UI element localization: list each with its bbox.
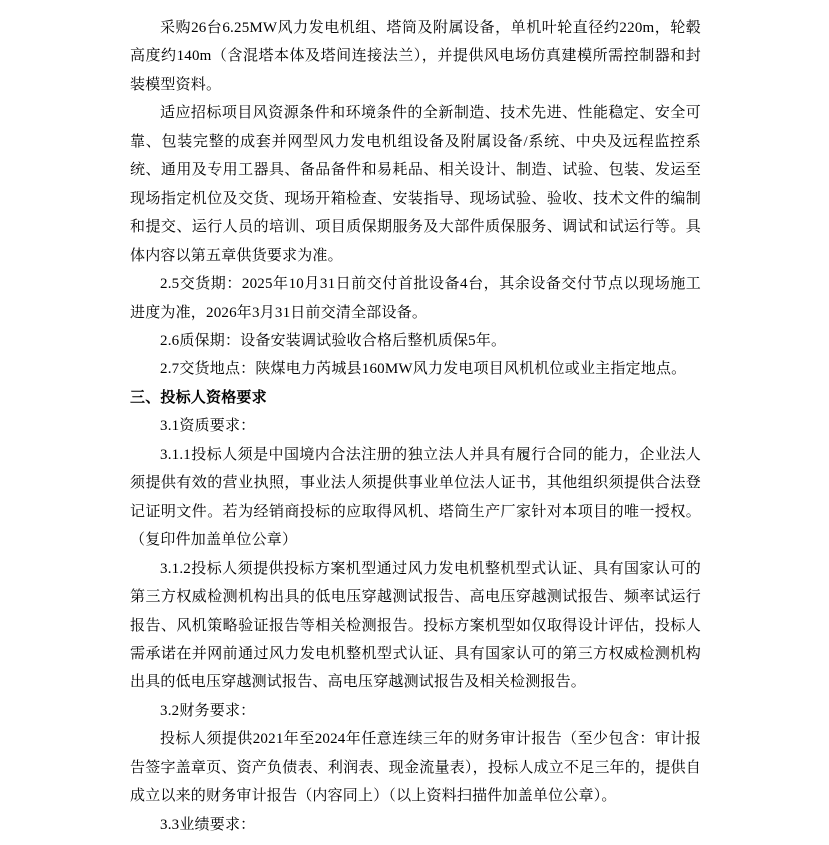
document-page: 采购26台6.25MW风力发电机组、塔筒及附属设备，单机叶轮直径约220m，轮毂… (0, 0, 829, 845)
paragraph-3-1-qualification-requirements: 3.1资质要求： (130, 412, 701, 440)
paragraph-3-1-1-legal-entity-requirement: 3.1.1投标人须是中国境内合法注册的独立法人并具有履行合同的能力，企业法人须提… (130, 441, 701, 555)
heading-section-3-bidder-qualification: 三、投标人资格要求 (130, 384, 701, 412)
paragraph-2-6-warranty-period: 2.6质保期：设备安装调试验收合格后整机质保5年。 (130, 327, 701, 355)
paragraph-3-1-2-certification-requirement: 3.1.2投标人须提供投标方案机型通过风力发电机整机型式认证、具有国家认可的第三… (130, 555, 701, 697)
paragraph-3-3-performance-requirements: 3.3业绩要求： (130, 811, 701, 839)
paragraph-financial-audit-reports: 投标人须提供2021年至2024年任意连续三年的财务审计报告（至少包含：审计报告… (130, 725, 701, 810)
paragraph-3-2-financial-requirements: 3.2财务要求： (130, 697, 701, 725)
paragraph-2-5-delivery-period: 2.5交货期：2025年10月31日前交付首批设备4台，其余设备交付节点以现场施… (130, 270, 701, 327)
paragraph-2-7-delivery-location: 2.7交货地点：陕煤电力芮城县160MW风力发电项目风机机位或业主指定地点。 (130, 355, 701, 383)
paragraph-supply-scope: 适应招标项目风资源条件和环境条件的全新制造、技术先进、性能稳定、安全可靠、包装完… (130, 99, 701, 270)
paragraph-procurement-scope: 采购26台6.25MW风力发电机组、塔筒及附属设备，单机叶轮直径约220m，轮毂… (130, 14, 701, 99)
